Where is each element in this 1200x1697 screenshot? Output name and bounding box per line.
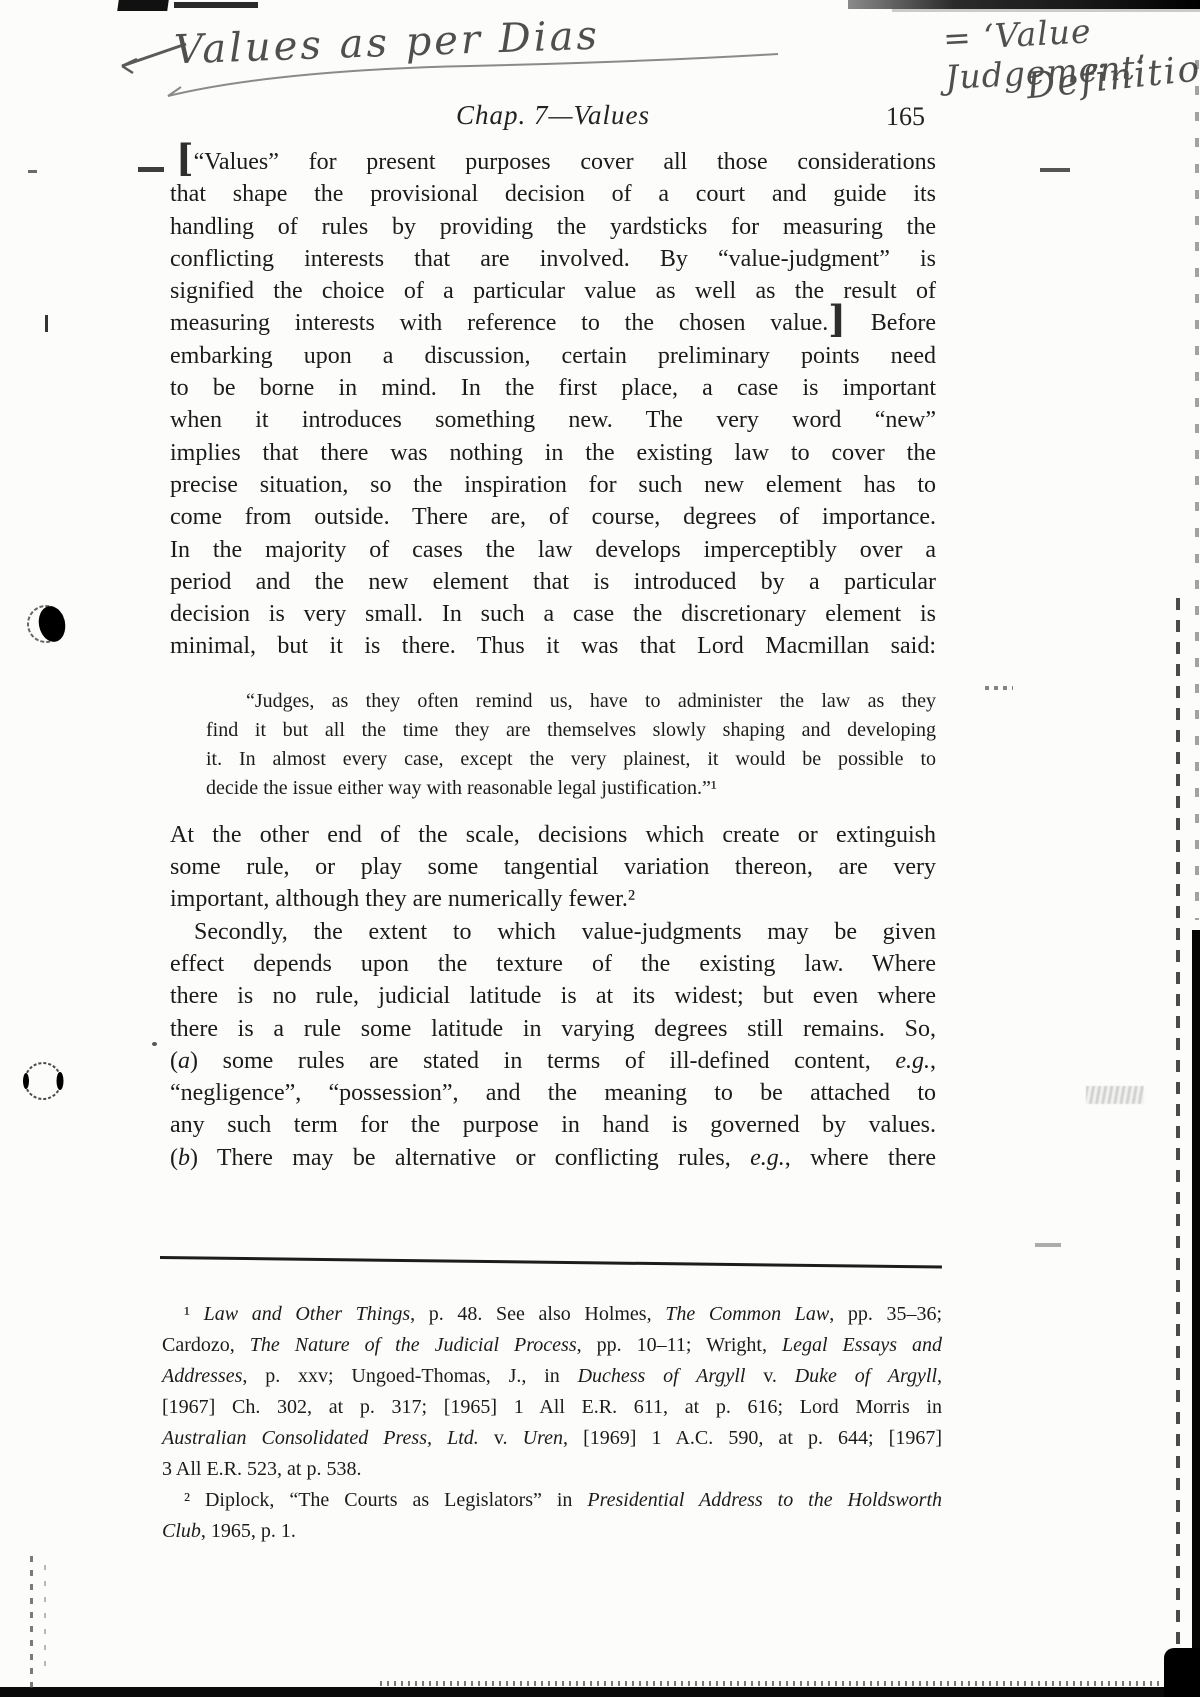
scanner-strip-bottom: [0, 1687, 1200, 1697]
text-line: [1967] Ch. 302, at p. 317; [1965] 1 All …: [162, 1392, 942, 1423]
scanner-dashed-line-right-upper: [1195, 60, 1199, 920]
text-line: decision is very small. In such a case t…: [170, 598, 936, 630]
scanner-speckle-bottom: [380, 1681, 1200, 1686]
text-line: [“Values” for present purposes cover all…: [170, 146, 936, 178]
text-line: when it introduces something new. The ve…: [170, 404, 936, 436]
text-line: measuring interests with reference to th…: [170, 307, 936, 339]
paragraph-other-end-of-scale: At the other end of the scale, decisions…: [170, 819, 936, 916]
text-line: conflicting interests that are involved.…: [170, 243, 936, 275]
text-line: Addresses, p. xxv; Ungoed-Thomas, J., in…: [162, 1361, 942, 1392]
text-line: there is a rule some latitude in varying…: [170, 1013, 936, 1045]
text-line: Club, 1965, p. 1.: [162, 1516, 942, 1547]
scanned-book-page: Values as per Dias = ‘Value Judgement’ D…: [0, 0, 1200, 1697]
footnote-1: ¹ Law and Other Things, p. 48. See also …: [162, 1299, 942, 1485]
text-line: effect depends upon the texture of the e…: [170, 948, 936, 980]
text-line: Australian Consolidated Press, Ltd. v. U…: [162, 1423, 942, 1454]
scanner-edge-line-right: [1192, 930, 1200, 1697]
hole-punch-mark-2: [20, 1060, 68, 1108]
text-line: “negligence”, “possession”, and the mean…: [170, 1077, 936, 1109]
margin-dot-left: [152, 1042, 157, 1046]
scanner-band-top-right-2: [892, 9, 1200, 12]
text-line: signified the choice of a particular val…: [170, 275, 936, 307]
block-quote-lord-macmillan: “Judges, as they often remind us, have t…: [206, 687, 936, 803]
footnote-2: ² Diplock, “The Courts as Legislators” i…: [162, 1485, 942, 1547]
text-line: precise situation, so the inspiration fo…: [170, 469, 936, 501]
text-line: any such term for the purpose in hand is…: [170, 1109, 936, 1141]
margin-dash-right-lower: [1035, 1243, 1061, 1247]
text-line: minimal, but it is there. Thus it was th…: [170, 630, 936, 662]
text-line: important, although they are numerically…: [170, 883, 936, 915]
margin-dash-left-small: [28, 170, 37, 173]
text-line: to be borne in mind. In the first place,…: [170, 372, 936, 404]
scanner-corner-blob: [1164, 1648, 1200, 1697]
text-line: ¹ Law and Other Things, p. 48. See also …: [162, 1299, 942, 1330]
footnotes-column: ¹ Law and Other Things, p. 48. See also …: [162, 1299, 942, 1547]
hole-punch-mark-1: [24, 602, 72, 650]
page-number: 165: [886, 102, 925, 132]
text-line: it. In almost every case, except the ver…: [206, 745, 936, 774]
body-text-column: [“Values” for present purposes cover all…: [170, 146, 936, 1174]
text-line: period and the new element that is intro…: [170, 566, 936, 598]
text-line: handling of rules by providing the yards…: [170, 211, 936, 243]
running-header-chapter-title: Chap. 7—Values: [170, 100, 936, 131]
text-line: implies that there was nothing in the ex…: [170, 437, 936, 469]
handwritten-arrowhead: [122, 59, 137, 73]
handwritten-bracket: [: [176, 136, 194, 180]
paragraph-secondly: Secondly, the extent to which value-judg…: [170, 916, 936, 1174]
footnote-separator-rule: [160, 1256, 942, 1269]
text-line: that shape the provisional decision of a…: [170, 178, 936, 210]
scanner-mark-top-left-2: [174, 2, 258, 8]
text-line: “Judges, as they often remind us, have t…: [206, 687, 936, 716]
text-line: come from outside. There are, of course,…: [170, 501, 936, 533]
handwritten-bracket: ]: [828, 297, 846, 341]
text-line: Cardozo, The Nature of the Judicial Proc…: [162, 1330, 942, 1361]
margin-dash-left: [138, 167, 164, 172]
text-line: decide the issue either way with reasona…: [206, 774, 936, 803]
text-line: At the other end of the scale, decisions…: [170, 819, 936, 851]
text-line: some rule, or play some tangential varia…: [170, 851, 936, 883]
margin-smudge-right: [1086, 1086, 1144, 1104]
paragraph-values-definition: [“Values” for present purposes cover all…: [170, 146, 936, 663]
scanner-speckle-left-2: [44, 1565, 46, 1675]
scanner-speckle-left-1: [30, 1556, 33, 1696]
scanner-mark-top-left-1: [117, 0, 169, 11]
scanner-band-top-right: [848, 0, 1200, 9]
text-line: (b) There may be alternative or conflict…: [170, 1142, 936, 1174]
text-line: embarking upon a discussion, certain pre…: [170, 340, 936, 372]
text-line: ² Diplock, “The Courts as Legislators” i…: [162, 1485, 942, 1516]
margin-dots-right-middle: [985, 686, 1013, 690]
margin-tick-left: [45, 315, 48, 332]
text-line: find it but all the time they are themse…: [206, 716, 936, 745]
text-line: (a) some rules are stated in terms of il…: [170, 1045, 936, 1077]
scanner-dashed-line-right: [1176, 598, 1180, 1697]
text-line: 3 All E.R. 523, at p. 538.: [162, 1454, 942, 1485]
margin-dash-right-top: [1040, 168, 1070, 172]
text-line: Secondly, the extent to which value-judg…: [170, 916, 936, 948]
text-line: In the majority of cases the law develop…: [170, 534, 936, 566]
text-line: there is no rule, judicial latitude is a…: [170, 980, 936, 1012]
